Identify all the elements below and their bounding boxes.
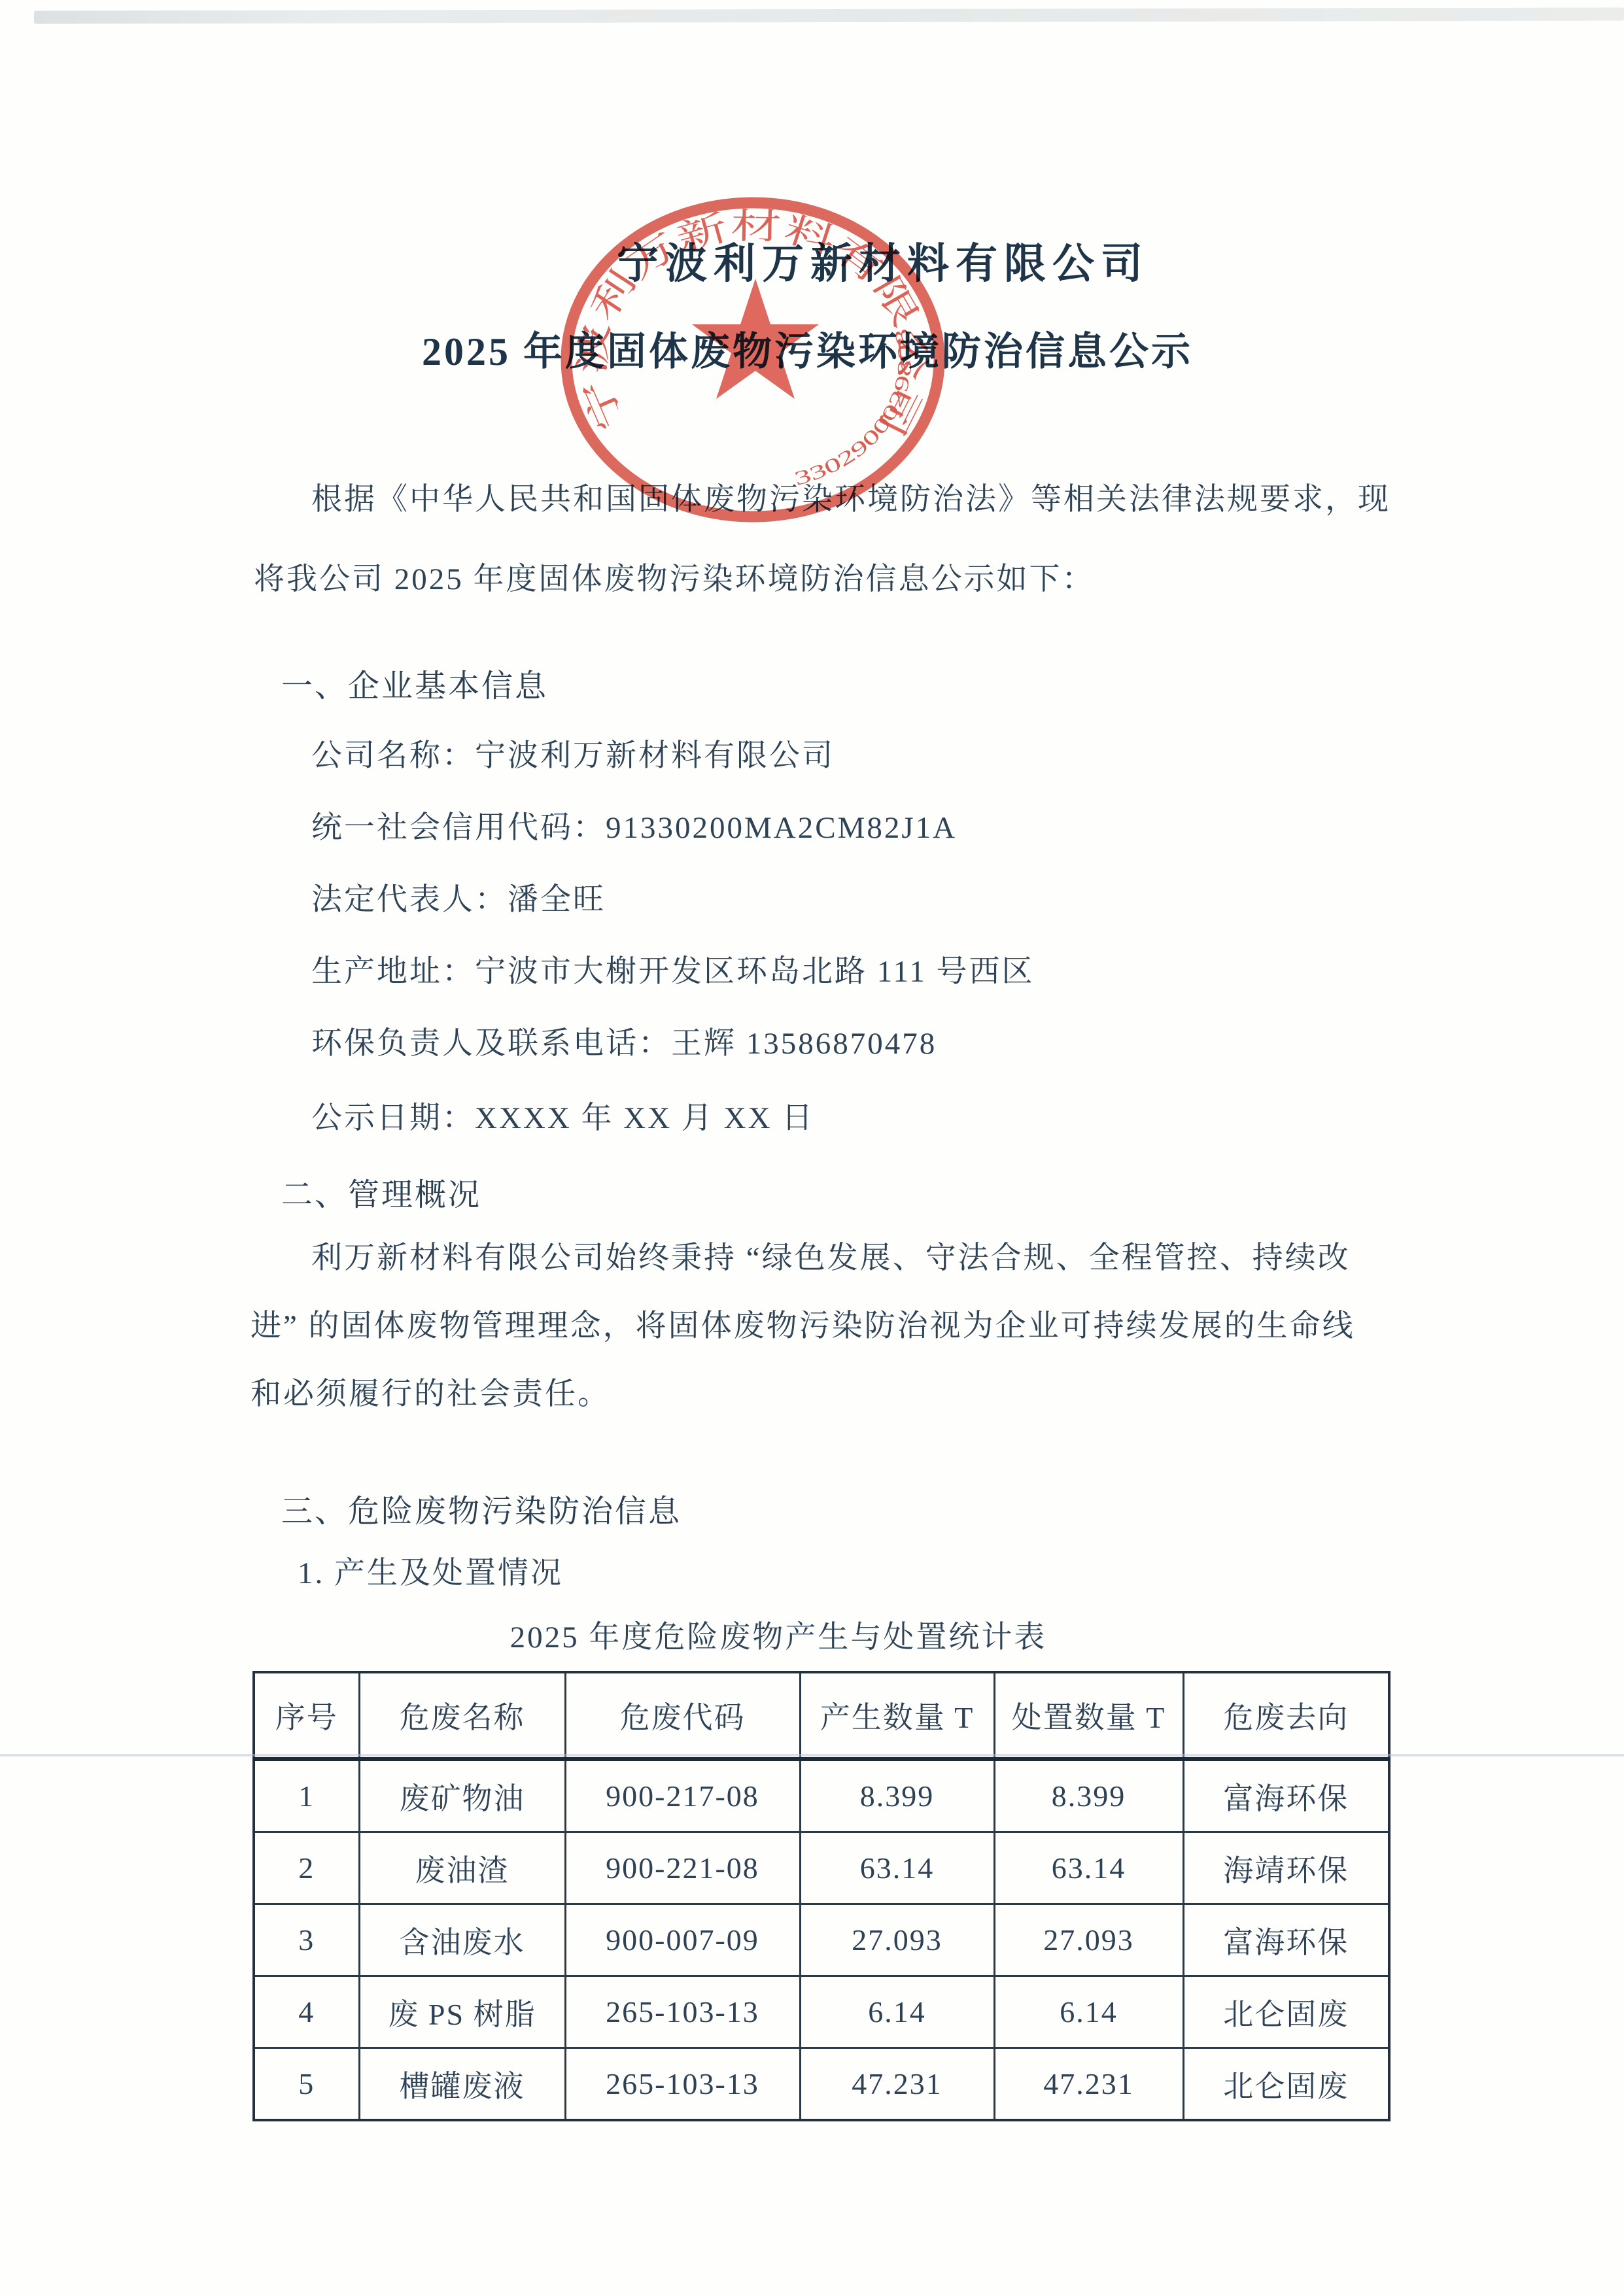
table-cell: 900-217-08: [565, 1759, 800, 1832]
management-line-2: 进” 的固体废物管理理念，将固体废物污染防治视为企业可持续发展的生命线: [251, 1301, 1355, 1345]
section-heading-management: 二、管理概况: [281, 1169, 481, 1214]
info-production-address: 生产地址：宁波市大榭开发区环岛北路 111 号西区: [311, 947, 1035, 991]
info-legal-representative: 法定代表人：潘全旺: [311, 875, 606, 919]
table-row: 5槽罐废液265-103-1347.23147.231北仑固废: [254, 2048, 1389, 2121]
hw-table-body: 1废矿物油900-217-088.3998.399富海环保2废油渣900-221…: [254, 1759, 1389, 2120]
table-cell: 63.14: [994, 1832, 1183, 1904]
table-cell: 富海环保: [1183, 1759, 1389, 1832]
table-cell: 47.231: [800, 2048, 994, 2121]
table-cell: 5: [254, 2048, 359, 2121]
hazardous-subheading: 1. 产生及处置情况: [298, 1549, 563, 1592]
table-cell: 900-007-09: [565, 1904, 800, 1976]
table-row: 3含油废水900-007-0927.09327.093富海环保: [254, 1904, 1389, 1976]
table-cell: 8.399: [994, 1759, 1183, 1832]
table-cell: 废矿物油: [359, 1759, 565, 1832]
hazardous-waste-table-wrap: 序号 危废名称 危废代码 产生数量 T 处置数量 T 危废去向 1废矿物油900…: [252, 1671, 1391, 2121]
info-company-name: 公司名称：宁波利万新材料有限公司: [311, 731, 835, 775]
table-cell: 1: [254, 1759, 359, 1832]
table-cell: 27.093: [994, 1904, 1183, 1976]
table-cell: 槽罐废液: [359, 2048, 565, 2121]
management-line-1: 利万新材料有限公司始终秉持 “绿色发展、守法合规、全程管控、持续改: [311, 1233, 1351, 1277]
col-header-disposed-qty: 处置数量 T: [994, 1672, 1183, 1759]
col-header-generated-qty: 产生数量 T: [800, 1672, 994, 1759]
table-cell: 265-103-13: [565, 1976, 800, 2048]
table-cell: 6.14: [800, 1976, 994, 2048]
col-header-index: 序号: [254, 1672, 359, 1759]
table-cell: 废 PS 树脂: [359, 1976, 565, 2048]
table-row: 1废矿物油900-217-088.3998.399富海环保: [254, 1759, 1389, 1832]
intro-line-2: 将我公司 2025 年度固体废物污染环境防治信息公示如下：: [254, 555, 1095, 598]
table-header-row: 序号 危废名称 危废代码 产生数量 T 处置数量 T 危废去向: [254, 1672, 1389, 1759]
table-cell: 废油渣: [359, 1832, 565, 1904]
table-cell: 北仑固废: [1183, 1976, 1389, 2048]
hazardous-waste-table: 序号 危废名称 危废代码 产生数量 T 处置数量 T 危废去向 1废矿物油900…: [252, 1671, 1391, 2121]
info-credit-code: 统一社会信用代码：91330200MA2CM82J1A: [311, 803, 957, 847]
table-cell: 63.14: [800, 1832, 994, 1904]
table-cell: 900-221-08: [565, 1832, 800, 1904]
info-env-contact: 环保负责人及联系电话：王辉 13586870478: [311, 1019, 937, 1063]
table-cell: 含油废水: [359, 1904, 565, 1976]
scan-line-artifact: [0, 1754, 1624, 1756]
seal-star-icon: [692, 279, 819, 399]
company-seal: 宁波利万新材料有限公司 3302900029808: [544, 177, 962, 543]
management-line-3: 和必须履行的社会责任。: [251, 1369, 610, 1413]
section-heading-hazardous: 三、危险废物污染防治信息: [281, 1486, 682, 1531]
info-publish-date: 公示日期：XXXX 年 XX 月 XX 日: [311, 1093, 814, 1137]
table-cell: 3: [254, 1904, 359, 1976]
table-cell: 4: [254, 1976, 359, 2048]
col-header-waste-name: 危废名称: [359, 1672, 565, 1759]
table-cell: 海靖环保: [1183, 1832, 1389, 1904]
scanned-document-page: 宁波利万新材料有限公司 2025 年度固体废物污染环境防治信息公示 根据《中华人…: [0, 0, 1624, 2296]
table-cell: 6.14: [994, 1976, 1183, 2048]
table-cell: 富海环保: [1183, 1904, 1389, 1976]
table-row: 2废油渣900-221-0863.1463.14海靖环保: [254, 1832, 1389, 1904]
table-cell: 北仑固废: [1183, 2048, 1389, 2121]
table-cell: 265-103-13: [565, 2048, 800, 2121]
col-header-waste-code: 危废代码: [565, 1672, 800, 1759]
table-cell: 27.093: [800, 1904, 994, 1976]
table-cell: 47.231: [994, 2048, 1183, 2121]
section-heading-basic-info: 一、企业基本信息: [281, 660, 548, 706]
table-cell: 8.399: [800, 1759, 994, 1832]
table-cell: 2: [254, 1832, 359, 1904]
scanner-edge-artifact: [34, 7, 1624, 24]
table-row: 4废 PS 树脂265-103-136.146.14北仑固废: [254, 1976, 1389, 2048]
col-header-destination: 危废去向: [1183, 1672, 1389, 1759]
hazardous-table-title: 2025 年度危险废物产生与处置统计表: [0, 1613, 1557, 1656]
